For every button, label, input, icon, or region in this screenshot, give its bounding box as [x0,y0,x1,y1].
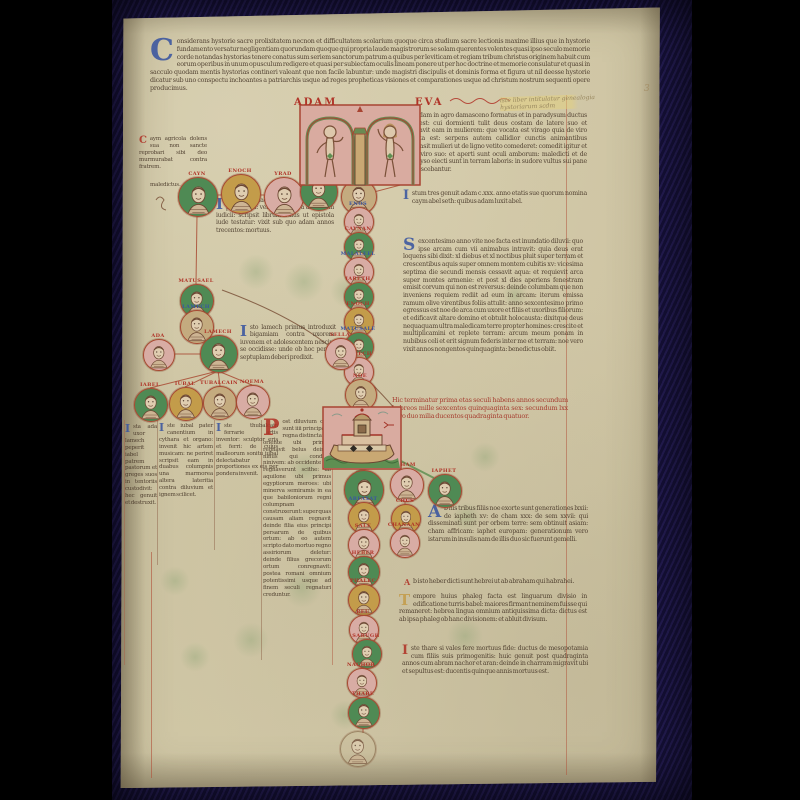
portrait-bust [205,388,234,417]
folio-mark: 3 [644,84,650,94]
text-block-heber-line: Ab isto heber dicti sunt hebrei ut ab ab… [404,578,588,586]
verso-stain [160,566,190,596]
portrait-bust [136,390,165,419]
medallion-iabel [134,388,168,422]
medallion-lamech [200,335,238,373]
medallion-label: NOEMA [240,379,264,385]
portrait-bust [392,530,418,556]
text-block-phaleg-block: Tempore huius phaleg facta est linguarum… [399,593,587,624]
medallion-label: CHANAAN [388,522,420,528]
medallion-iubal [169,387,203,421]
medallion-unfinished [340,731,376,767]
medallion-label: SARUGH [352,633,379,639]
portrait-bust [267,180,302,215]
portrait-bust [238,387,267,416]
portrait-bust [145,341,173,369]
medallion-label: SELLA [330,332,350,338]
verso-stain [470,442,500,472]
medallion-label: IARETH [345,276,370,282]
portrait-bust [327,340,355,368]
medallion-cham [390,468,424,502]
text-block-prologue: Considerans hystorie sacre prolixitatem … [150,38,590,93]
decorated-initial: P [263,420,279,438]
medallion-label: ENOCH [346,301,369,307]
medallion-label: NOE [353,373,367,379]
decorated-initial: A [404,579,410,585]
portrait-bust [350,699,378,727]
adam-eve-miniature [299,104,421,186]
text-block-istum-block: Istum tres genuit adam c.xxx. anno etati… [403,190,587,205]
eva-label: EVA [415,97,443,108]
medallion-label: REU [356,609,370,615]
medallion-label: ADA [151,333,164,339]
medallion-yrad [264,177,304,217]
medallion-label: CAYNAN [345,226,372,232]
medallion-label: IABEL [140,382,160,388]
medallion-label: CHUS [396,498,414,504]
medallion-cayn [178,177,218,217]
medallion-enoch [221,174,261,214]
medallion-label: THARE [352,691,374,697]
ruling-line [151,552,152,778]
portrait-bust [202,337,235,370]
decorated-initial: I [159,424,164,433]
decorated-initial: T [399,594,410,606]
medallion-label: HEBER [352,550,375,556]
medallion-label: IUBAL [175,381,195,387]
medallion-label: MATUSAEL [178,278,213,284]
medallion-iaphet [428,474,462,508]
decorated-initial: I [240,325,247,337]
medallion-label: ENOS [349,201,367,207]
noahs-ark-miniature [322,406,402,470]
medallion-label: YRAD [274,171,292,177]
medallion-ada [143,339,175,371]
portrait-bust [342,733,373,764]
portrait-bust [430,476,459,505]
verso-stain [233,622,269,658]
medallion-label: SALE [355,523,371,529]
medallion-label: PHALEC [350,578,376,584]
portrait-bust [347,381,375,409]
text-block-caym-note: Caym agricola dolens sua non sancte repr… [139,136,207,171]
text-block-lamech-block: Isto lamech primus introduxit bigamiam c… [240,324,336,361]
decorated-initial: I [403,191,409,201]
medallion-tubalcain [203,386,237,420]
decorated-initial: A [428,506,441,520]
ruling-line [157,420,158,565]
manuscript-photo: Considerans hystorie sacre prolixitatem … [0,0,800,800]
medallion-label: TUBALCAIN [200,380,238,386]
medallion-label: MALALEEL [341,251,376,257]
decorated-initial: C [139,137,147,145]
decorated-initial: I [125,425,130,434]
portrait-bust [392,470,421,499]
medallion-chanaan [390,528,420,558]
decorated-initial: I [402,646,408,656]
ruling-line [214,420,215,550]
medallion-label: LAMECH [204,329,232,335]
text-block-etas-rubric: Hic terminatur prima etas seculi habens … [392,396,568,420]
medallion-label: NACHOR [347,662,375,668]
adam-label: ADAM [294,97,337,108]
medallion-label: CAYN [188,171,205,177]
text-block-sexcentesimo-block: Sexcentesimo anno vite noe facta est inu… [403,238,583,354]
decorated-initial: C [150,39,174,63]
medallion-thare [348,697,380,729]
medallion-label: IAPHET [432,468,457,474]
decorated-initial: I [216,424,221,433]
decorated-initial: S [403,239,415,253]
medallion-label: ARFAXAT [349,496,378,502]
verso-stain [284,262,324,302]
text-block-thare-block: Iste thare si vales fere mortuus fide: d… [402,645,588,676]
text-block-adam-block: Adam in agro damasceno formatus et in pa… [403,112,587,174]
text-block-col-iubal: Iste iubal pater canentium in cythara et… [159,423,213,499]
text-block-col-ada: Ista ada uxor lamech peperit iabel patre… [125,424,157,507]
medallion-label: ENOCH [228,168,251,174]
portrait-bust [171,389,200,418]
portrait-bust [181,180,216,215]
medallion-sella [325,338,357,370]
portrait-bust [182,312,211,341]
medallion-label: LAMECH [182,304,210,310]
verso-stain [238,254,274,290]
verso-stain [180,642,210,672]
portrait-bust [224,177,259,212]
text-block-post-diluvium: Post diluvium orta sunt iiii principalia… [263,419,331,599]
medallion-noema [236,385,270,419]
text-block-tres-filii: Ab his tribus filiis noe exorte sunt gen… [428,505,588,544]
